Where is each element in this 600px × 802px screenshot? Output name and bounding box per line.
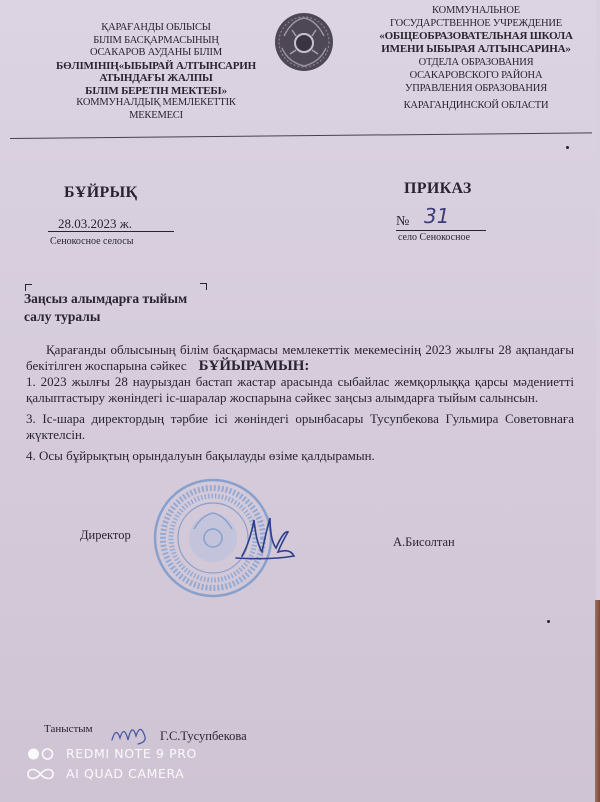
order-number: 31 [424,204,449,228]
speck [547,620,550,623]
subject-line: Заңсыз алымдарға тыйым [24,290,187,308]
table-edge [595,600,600,802]
order-date: 28.03.2023 ж. [48,216,174,232]
signatory-role: Директор [80,528,131,543]
order-item: 3. Іс-шара директордың тәрбие ісі жөнінд… [26,411,574,442]
header-ru-line: ГОСУДАРСТВЕННОЕ УЧРЕЖДЕНИЕ [358,17,594,30]
order-item: 1. 2023 жылғы 28 наурыздан бастап жастар… [26,374,574,405]
title-kazakh: БҰЙРЫҚ [64,184,137,202]
order-item: 4. Осы бұйрықтың орындалуын бақылауды өз… [26,448,574,464]
header-kz-line: КОММУНАЛДЫҚ МЕМЛЕКЕТТІК [56,97,256,110]
header-kz-line: МЕКЕМЕСІ [56,110,256,123]
director-signature [232,512,302,564]
acknowledgement-name: Г.С.Тусупбекова [160,729,247,744]
order-body: Қарағанды облысының білім басқармасы мем… [26,342,574,464]
header-ru-line: ИМЕНИ ЫБЫРАЯ АЛТЫНСАРИНА» [358,43,594,56]
header-russian: КОММУНАЛЬНОЕ ГОСУДАРСТВЕННОЕ УЧРЕЖДЕНИЕ … [358,4,594,112]
header-kz-line: АТЫНДАҒЫ ЖАЛПЫ [56,72,256,85]
camera-logo-icon [26,746,56,784]
subject-bracket-right [200,283,207,290]
subject-line: салу туралы [24,308,187,326]
number-sign: № [396,214,409,230]
title-russian: ПРИКАЗ [404,180,472,198]
watermark-line-camera: AI QUAD CAMERA [66,764,197,784]
preamble: Қарағанды облысының білім басқармасы мем… [26,342,574,374]
header-kz-line: ҚАРАҒАНДЫ ОБЛЫСЫ [56,22,256,35]
signatory-name: А.Бисолтан [393,535,455,550]
header-ru-line: «ОБЩЕОБРАЗОВАТЕЛЬНАЯ ШКОЛА [358,30,594,43]
watermark-line-model: REDMI NOTE 9 PRO [66,744,197,764]
header-kz-line: БІЛІМ БАСҚАРМАСЫНЫҢ [56,35,256,48]
speck [566,146,569,149]
header-ru-line: КОММУНАЛЬНОЕ [358,4,594,17]
header-ru-line: КАРАГАНДИНСКОЙ ОБЛАСТИ [358,99,594,112]
place-russian: село Сенокосное [398,232,470,243]
order-word: БҰЙЫРАМЫН: [199,358,310,374]
header-kz-line: БӨЛІМІНІҢ«ЫБЫРАЙ АЛТЫНСАРИН [56,60,256,73]
state-emblem-icon [272,10,336,74]
order-subject: Заңсыз алымдарға тыйым салу туралы [24,290,187,326]
acknowledgement-label: Таныстым [44,723,93,735]
watermark-text: REDMI NOTE 9 PRO AI QUAD CAMERA [66,744,197,784]
header-kz-line: БІЛІМ БЕРЕТІН МЕКТЕБІ» [56,85,256,98]
place-kazakh: Сенокосное селосы [50,236,133,247]
header-ru-line: ОСАКАРОВСКОГО РАЙОНА [358,69,594,82]
header-ru-line: УПРАВЛЕНИЯ ОБРАЗОВАНИЯ [358,82,594,95]
header-ru-line: ОТДЕЛА ОБРАЗОВАНИЯ [358,56,594,69]
header-kazakh: ҚАРАҒАНДЫ ОБЛЫСЫ БІЛІМ БАСҚАРМАСЫНЫҢ ОСА… [56,22,256,122]
header-kz-line: ОСАКАРОВ АУДАНЫ БІЛІМ [56,47,256,60]
order-number-field: № 31 [396,206,486,231]
